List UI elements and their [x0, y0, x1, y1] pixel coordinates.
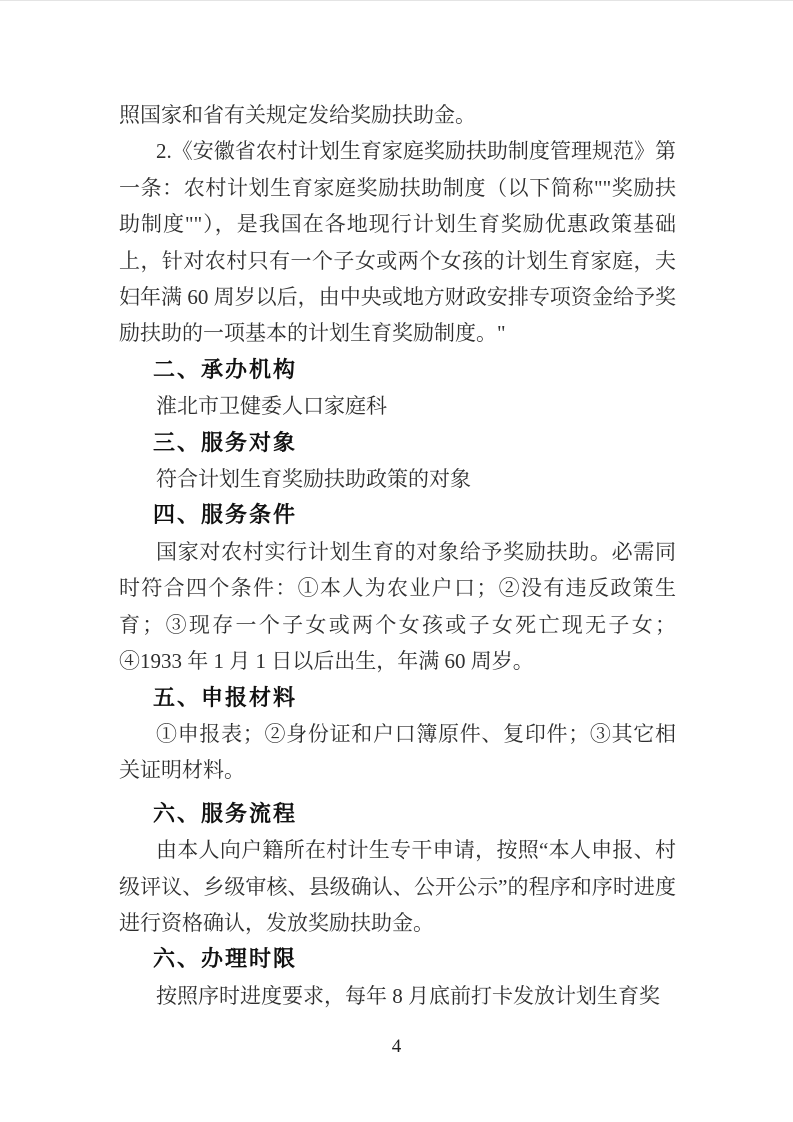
heading-fuwu-liucheng: 六、服务流程 — [119, 796, 676, 832]
paragraph-fuwu-liucheng: 由本人向户籍所在村计生专干申请，按照“本人申报、村级评议、乡级审核、县级确认、公… — [119, 832, 676, 941]
heading-banli-shixian: 六、办理时限 — [119, 941, 676, 977]
document-body: 照国家和省有关规定发给奖励扶助金。 2.《安徽省农村计划生育家庭奖励扶助制度管理… — [119, 97, 676, 1014]
paragraph-continuation: 照国家和省有关规定发给奖励扶助金。 — [119, 97, 676, 133]
heading-fuwu-tiaojian: 四、服务条件 — [119, 497, 676, 533]
heading-chengban-jigou: 二、承办机构 — [119, 352, 676, 388]
paragraph-banli-shixian: 按照序时进度要求，每年 8 月底前打卡发放计划生育奖 — [119, 978, 676, 1014]
paragraph-fuwu-duixiang: 符合计划生育奖励扶助政策的对象 — [119, 461, 676, 497]
heading-shenbao-cailiao: 五、申报材料 — [119, 680, 676, 716]
paragraph-shenbao-cailiao: ①申报表；②身份证和户口簿原件、复印件；③其它相关证明材料。 — [119, 716, 676, 789]
paragraph-regulation-definition: 2.《安徽省农村计划生育家庭奖励扶助制度管理规范》第一条：农村计划生育家庭奖励扶… — [119, 133, 676, 351]
heading-fuwu-duixiang: 三、服务对象 — [119, 425, 676, 461]
paragraph-chengban-jigou: 淮北市卫健委人口家庭科 — [119, 388, 676, 424]
document-page: 照国家和省有关规定发给奖励扶助金。 2.《安徽省农村计划生育家庭奖励扶助制度管理… — [0, 0, 793, 1122]
paragraph-fuwu-tiaojian: 国家对农村实行计划生育的对象给予奖励扶助。必需同时符合四个条件：①本人为农业户口… — [119, 534, 676, 680]
page-number: 4 — [0, 1036, 793, 1058]
